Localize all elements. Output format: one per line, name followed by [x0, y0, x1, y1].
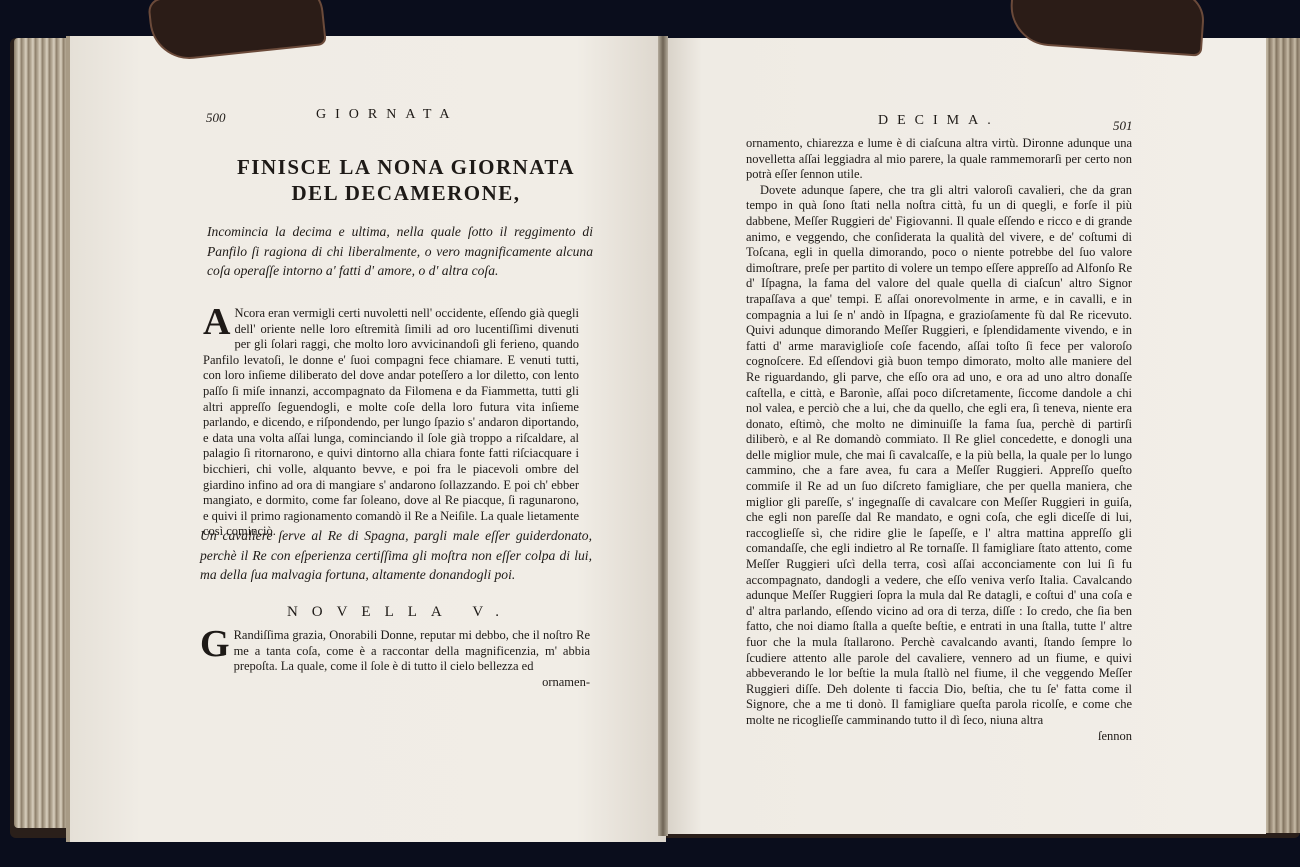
novella-summary: Un cavaliere ſerve al Re di Spagna, parg… [200, 526, 592, 585]
section-title: FINISCE LA NONA GIORNATA DEL DECAMERONE, [196, 154, 616, 206]
intro-paragraph: A Ncora eran vermigli certi nuvoletti ne… [203, 306, 579, 540]
catchword-left: ornamen- [200, 675, 590, 691]
novella-heading: NOVELLA V. [195, 604, 605, 621]
paragraph-2: Dovete adunque ſapere, che tra gli altri… [746, 183, 1132, 729]
running-head-right: DECIMA. [878, 113, 1000, 129]
book-gutter [658, 36, 668, 836]
paragraph-1: ornamento, chiarezza e lume è di ciaſcun… [746, 136, 1132, 183]
page-number-right: 501 [1113, 118, 1133, 134]
drop-cap-a: A [203, 306, 230, 338]
catchword-right: ſennon [746, 729, 1132, 745]
novella-opening-text: Randiſſima grazia, Onorabili Donne, repu… [234, 628, 590, 673]
title-line-1: FINISCE LA NONA GIORNATA [196, 154, 616, 180]
page-number-left: 500 [206, 110, 226, 126]
intro-text: Ncora eran vermigli certi nuvoletti nell… [203, 306, 579, 538]
page-edges-right [1262, 38, 1300, 833]
drop-cap-g: G [200, 628, 230, 660]
right-page-text: ornamento, chiarezza e lume è di ciaſcun… [746, 136, 1132, 744]
novella-opening: G Randiſſima grazia, Onorabili Donne, re… [200, 628, 590, 690]
day-rubric: Incomincia la decima e ultima, nella qua… [207, 222, 593, 281]
running-head-left: GIORNATA [316, 107, 458, 123]
title-line-2: DEL DECAMERONE, [196, 180, 616, 206]
